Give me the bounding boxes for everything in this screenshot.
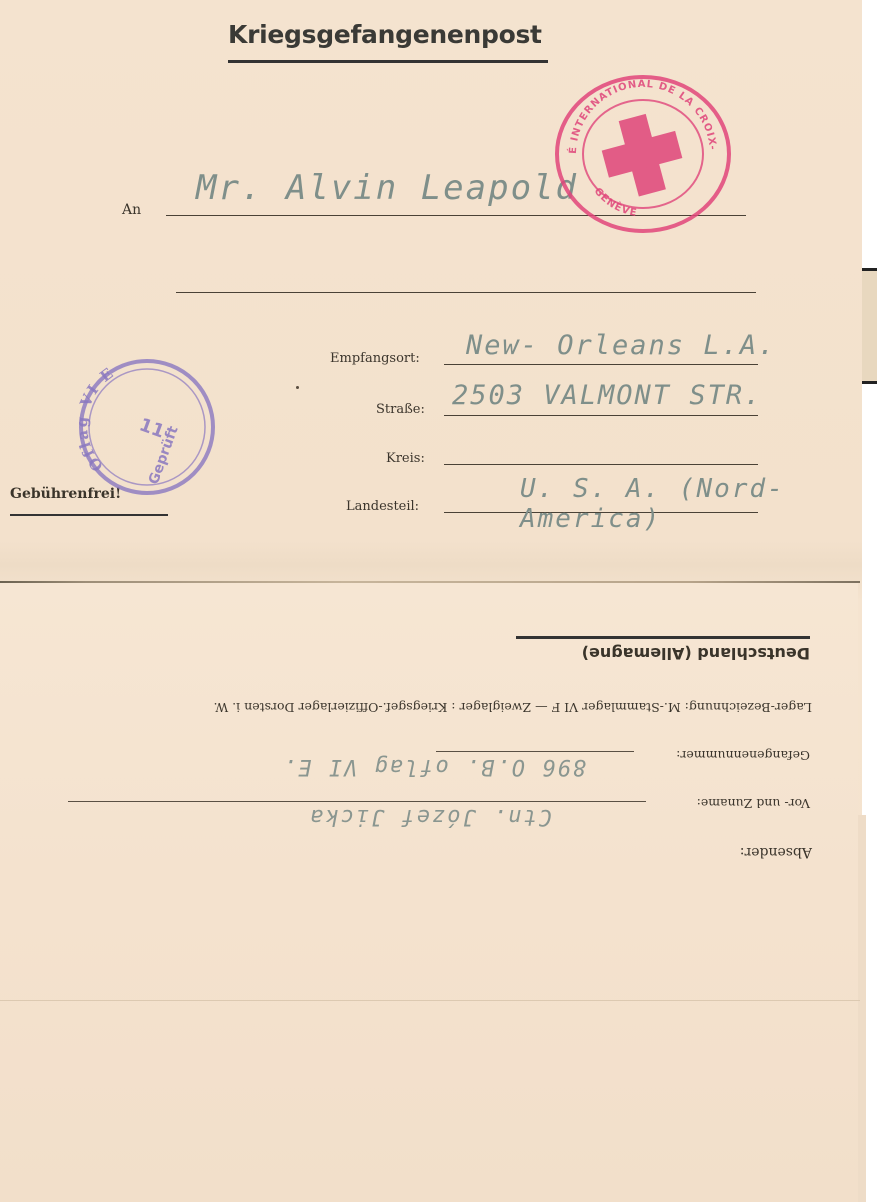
prisoner-number-value: 896 O.B. oflag VI E. bbox=[226, 754, 586, 779]
oflag-censor-stamp-icon: Oflag VI E 11 Geprüft bbox=[76, 354, 218, 500]
landesteil-label: Landesteil: bbox=[346, 499, 419, 514]
censor-stamp: Oflag VI E 11 Geprüft bbox=[76, 354, 218, 500]
strasse-label: Straße: bbox=[376, 402, 425, 417]
fold-crease bbox=[0, 581, 860, 583]
absender-label: Absender: bbox=[706, 844, 812, 860]
empfangsort-value: New- Orleans L.A. bbox=[466, 330, 776, 361]
fee-free-underline bbox=[10, 514, 168, 516]
kreis-label: Kreis: bbox=[386, 451, 425, 466]
strasse-line bbox=[444, 415, 758, 416]
country-rule bbox=[516, 636, 810, 639]
letter-sheet-lower-panel bbox=[0, 583, 858, 1202]
empfangsort-label: Empfangsort: bbox=[330, 351, 420, 366]
title-underline bbox=[228, 60, 548, 63]
fold-crease-lower bbox=[0, 1000, 860, 1001]
svg-text:GENÈVE: GENÈVE bbox=[592, 186, 639, 219]
sender-name-value: Ctn. Józef Jicka bbox=[252, 804, 552, 829]
svg-text:Oflag VI E: Oflag VI E bbox=[76, 363, 118, 475]
background-edge-panel bbox=[862, 268, 877, 384]
sender-name-label: Vor- und Zuname: bbox=[654, 796, 810, 811]
strasse-value: 2503 VALMONT STR. bbox=[452, 380, 762, 411]
empfangsort-line bbox=[444, 364, 758, 365]
kreis-line bbox=[444, 464, 758, 465]
prisoner-number-label: Gefangenennummer: bbox=[640, 748, 810, 763]
prisoner-number-line bbox=[436, 751, 634, 752]
document-title: Kriegsgefangenenpost bbox=[228, 20, 542, 49]
landesteil-value: U. S. A. (Nord-America) bbox=[520, 474, 877, 534]
an-label: An bbox=[122, 202, 141, 218]
recipient-name: Mr. Alvin Leapold bbox=[196, 168, 578, 208]
camp-designation: Lager-Bezeichnung: M.-Stammlager VI F — … bbox=[22, 700, 812, 715]
red-cross-stamp-icon: COMITÉ INTERNATIONAL DE LA CROIX-ROUGE G… bbox=[554, 74, 732, 234]
paper-speck bbox=[296, 386, 299, 389]
sheet-edge-strip bbox=[858, 815, 866, 1202]
recipient-second-line bbox=[176, 292, 756, 293]
sender-name-line bbox=[68, 801, 646, 802]
sender-country: Deutschland (Allemagne) bbox=[520, 644, 810, 663]
